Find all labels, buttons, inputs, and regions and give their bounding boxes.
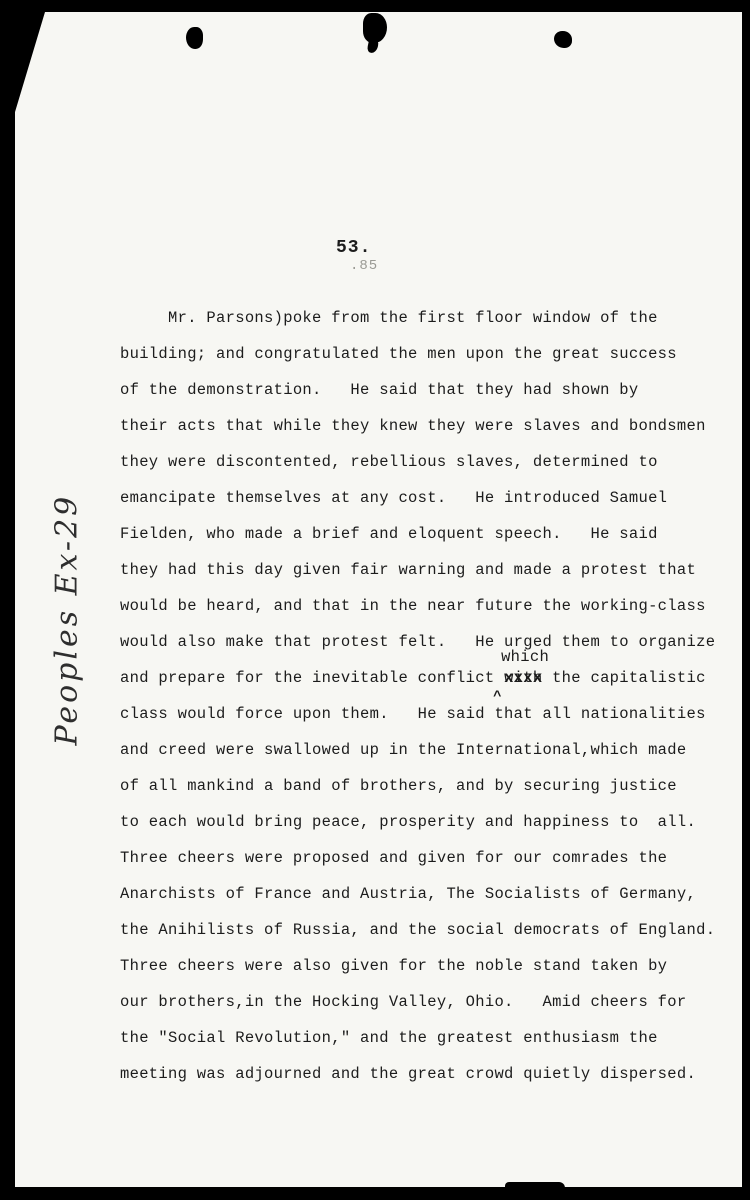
scan-edge-right (742, 0, 750, 1200)
typed-line: class would force upon them. He said tha… (120, 696, 730, 732)
page-number-faint: .85 (350, 258, 378, 274)
typed-line: and prepare for the inevitable conflict … (120, 660, 730, 696)
caret-mark: ^ (493, 679, 502, 715)
typed-line: Three cheers were also given for the nob… (120, 948, 730, 984)
ink-blot-right (554, 31, 572, 48)
ink-blot-center-drip (367, 37, 380, 54)
text-after-correction: the capitalistic (542, 669, 705, 687)
inserted-word: which (501, 639, 549, 675)
typed-line: to each would bring peace, prosperity an… (120, 804, 730, 840)
typed-line: their acts that while they knew they wer… (120, 408, 730, 444)
typed-line: and creed were swallowed up in the Inter… (120, 732, 730, 768)
ink-blot-left (186, 27, 203, 49)
text-before-correction: and prepare for the inevitable conflict (120, 669, 504, 687)
struck-word: withxxxxwhich^ (504, 660, 542, 696)
scanned-page: 53. .85 Peoples Ex-29 Mr. Parsons)poke f… (0, 0, 750, 1200)
page-number: 53. (336, 238, 371, 258)
typed-line: Anarchists of France and Austria, The So… (120, 876, 730, 912)
typed-line: the Anihilists of Russia, and the social… (120, 912, 730, 948)
scan-edge-corner (15, 12, 45, 112)
typed-line: they had this day given fair warning and… (120, 552, 730, 588)
typed-line: building; and congratulated the men upon… (120, 336, 730, 372)
typed-line: Fielden, who made a brief and eloquent s… (120, 516, 730, 552)
exhibit-annotation: Peoples Ex-29 (25, 496, 110, 746)
typed-line: Three cheers were proposed and given for… (120, 840, 730, 876)
typed-lines: Mr. Parsons)poke from the first floor wi… (120, 300, 730, 1092)
typed-line: of all mankind a band of brothers, and b… (120, 768, 730, 804)
scan-edge-bottom (0, 1187, 750, 1200)
typed-line: of the demonstration. He said that they … (120, 372, 730, 408)
typed-line: would be heard, and that in the near fut… (120, 588, 730, 624)
typed-line: would also make that protest felt. He ur… (120, 624, 730, 660)
scan-edge-left (0, 0, 15, 1200)
typed-line: our brothers,in the Hocking Valley, Ohio… (120, 984, 730, 1020)
scan-edge-top (0, 0, 750, 12)
typed-line: the "Social Revolution," and the greates… (120, 1020, 730, 1056)
typed-line: Mr. Parsons)poke from the first floor wi… (120, 300, 730, 336)
typed-line: meeting was adjourned and the great crow… (120, 1056, 730, 1092)
typed-line: they were discontented, rebellious slave… (120, 444, 730, 480)
typed-line: emancipate themselves at any cost. He in… (120, 480, 730, 516)
scan-edge-bottom-bump (505, 1182, 565, 1190)
